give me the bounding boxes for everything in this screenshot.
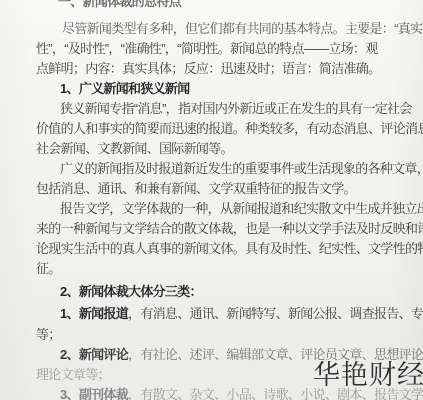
heading-text: 2、新闻体裁大体分三类： bbox=[60, 284, 202, 299]
text-line: 论现实生活中的真人真事的新闻文体。具有及时性、纪实性、文学性的特 bbox=[36, 239, 420, 259]
line-text: 征。 bbox=[36, 261, 61, 276]
text-line: 点鲜明；内容：真实具体；反应：迅速及时；语言：简洁准确。 bbox=[36, 59, 420, 79]
text-line-heading-3: 2、新闻体裁大体分三类： bbox=[36, 282, 423, 302]
line-text: 性”，“及时性”，“准确性”，“简明性。新闻总的特点——立场：观 bbox=[36, 41, 378, 56]
text-line: 报告文学，文学体裁的一种，从新闻报道和纪实散文中生成并独立出 bbox=[36, 199, 423, 219]
text-line: 社会新闻、文教新闻、国际新闻等。 bbox=[36, 139, 420, 159]
line-bold-text: 3、副刊体裁 bbox=[60, 387, 128, 400]
text-line-heading-1: 一、新闻体裁的总特点 bbox=[36, 0, 423, 12]
line-text: 包括消息、通讯、和兼有新闻、文学双重特征的报告文学。 bbox=[36, 181, 356, 196]
line-text: 点鲜明；内容：真实具体；反应：迅速及时；语言：简洁准确。 bbox=[36, 61, 380, 76]
text-line-heading-2: 1、广义新闻和狭义新闻 bbox=[36, 79, 423, 99]
line-text: 报告文学，文学体裁的一种，从新闻报道和纪实散文中生成并独立出 bbox=[60, 201, 423, 216]
line-bold-text: 2、新闻评论 bbox=[60, 347, 128, 362]
text-line: 来的一种新闻与文学结合的散文体裁，也是一种以文学手法及时反映和评 bbox=[36, 219, 420, 239]
line-text: 来的一种新闻与文学结合的散文体裁，也是一种以文学手法及时反映和评 bbox=[36, 221, 423, 236]
heading-text: 1、广义新闻和狭义新闻 bbox=[60, 81, 190, 96]
line-text: 广义的新闻指及时报道新近发生的重要事件或生活现象的各种文章， bbox=[60, 161, 423, 176]
text-line: 包括消息、通讯、和兼有新闻、文学双重特征的报告文学。 bbox=[36, 179, 420, 199]
watermark: 华艳财经 bbox=[313, 358, 423, 392]
line-text: 社会新闻、文教新闻、国际新闻等。 bbox=[36, 141, 233, 156]
line-text: 尽管新闻类型有多种，但它们都有共同的基本特点。主要是：“真实 bbox=[62, 21, 422, 36]
text-line: 等； bbox=[36, 325, 420, 345]
heading-text: 一、新闻体裁的总特点 bbox=[58, 0, 181, 9]
line-bold-text: 1、新闻报道 bbox=[60, 306, 128, 321]
text-line: 征。 bbox=[36, 259, 420, 279]
text-line: 价值的人和事实的简要而迅速的报道。种类较多，有动态消息、评论消息、 bbox=[36, 119, 420, 139]
text-line: 广义的新闻指及时报道新近发生的重要事件或生活现象的各种文章， bbox=[36, 159, 423, 179]
text-line-list-item-1: 1、新闻报道，有消息、通讯、新闻特写、新闻公报、调查报告、专访 bbox=[36, 304, 423, 324]
text-line: 尽管新闻类型有多种，但它们都有共同的基本特点。主要是：“真实 bbox=[36, 19, 423, 39]
line-text: 狭义新闻专指“消息”，指对国内外新近或正在发生的具有一定社会 bbox=[60, 101, 412, 116]
line-text: 等； bbox=[36, 327, 61, 342]
line-text: 价值的人和事实的简要而迅速的报道。种类较多，有动态消息、评论消息、 bbox=[36, 121, 423, 136]
line-text: 理论文章等； bbox=[36, 367, 110, 382]
document-page: 一、新闻体裁的总特点 尽管新闻类型有多种，但它们都有共同的基本特点。主要是：“真… bbox=[0, 0, 423, 400]
text-line: 狭义新闻专指“消息”，指对国内外新近或正在发生的具有一定社会 bbox=[36, 99, 423, 119]
line-text: 论现实生活中的真人真事的新闻文体。具有及时性、纪实性、文学性的特 bbox=[36, 241, 423, 256]
line-text: ，有消息、通讯、新闻特写、新闻公报、调查报告、专访 bbox=[128, 306, 423, 321]
text-line: 性”，“及时性”，“准确性”，“简明性。新闻总的特点——立场：观 bbox=[36, 39, 420, 59]
